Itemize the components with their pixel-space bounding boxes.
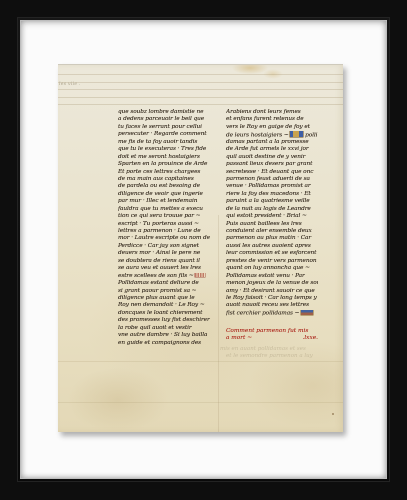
manuscript-text-line: conduient aler ensemble deux — [226, 228, 318, 235]
bleedthrough-text: mis en auant pollidamas et ses — [220, 346, 306, 352]
manuscript-text-line: venue · Pollidamas promist ar — [226, 183, 318, 190]
manuscript-text-line: de la nuit au logis de Leandre — [226, 206, 318, 213]
manuscript-text-line: secretesse · Et deuant que onc — [226, 169, 318, 176]
manuscript-text-line: a dedens parceuoir le beil que — [118, 116, 213, 123]
manuscript-text-line: diligence de veoir que ingerie — [118, 191, 213, 198]
manuscript-text-line: auoit nauoit receu ses lettres — [226, 302, 318, 309]
manuscript-text-line: riere la foy des macedons · Et — [226, 191, 318, 198]
manuscript-text-line: mor · Lautre escripte ou nom de — [118, 235, 213, 242]
chapter-rubric: Comment parmenon fut mis a mort ~ .lxxe. — [226, 328, 318, 343]
manuscript-text-line: menon joyeux de la venue de son — [226, 280, 318, 287]
manuscript-text-line: doncques le loant chierement — [118, 310, 213, 317]
manuscript-text-line: de ma main aus capitaines — [118, 176, 213, 183]
manuscript-text-line: estre scellees de son fils ~ — [118, 273, 213, 280]
manuscript-text-line: Roy nen demandoit · Le Roy ~ — [118, 302, 213, 309]
parchment-speck — [332, 413, 334, 415]
manuscript-text-line: paruint a la quatriesme veille — [226, 198, 318, 205]
manuscript-text-line: escript · Tu porteras aussi ~ — [118, 221, 213, 228]
ruling-line — [58, 89, 343, 90]
ruling-line — [58, 402, 343, 403]
manuscript-text-line: persecuter · Regarde comment — [118, 131, 213, 138]
manuscript-text-line: si grant paour promist sa ~ — [118, 288, 213, 295]
manuscript-text-line: diligence plus auant que le — [118, 295, 213, 302]
ruling-crease — [218, 215, 219, 432]
manuscript-text-line: le Roy faisoit · Car long temps y — [226, 295, 318, 302]
manuscript-text-line: tion ce qui sera trouue par ~ — [118, 213, 213, 220]
manuscript-text-line: Puis auant baillees les lres — [226, 221, 318, 228]
blue-red-line-filler-ornament — [301, 310, 313, 315]
manuscript-text-line: vers le Roy en gaige de foy et — [226, 124, 318, 131]
manuscript-text-line: doit et me seront hostaigiers — [118, 154, 213, 161]
manuscript-text-line: fauldra que tu mettes a execu — [118, 206, 213, 213]
manuscript-text-line: qui estoit president · Brial ~ — [226, 213, 318, 220]
framed-manuscript-photo: les viie . que soubz lombre damistie nea… — [0, 0, 407, 500]
bleedthrough-text: et le semondre parmenon a luy — [226, 353, 313, 359]
manuscript-text-line: que tu le executeras · Tres fide — [118, 146, 213, 153]
manuscript-text-line: la robe quil auoit et vestir — [118, 325, 213, 332]
manuscript-text-line: par mur · Illec et lendemain — [118, 198, 213, 205]
manuscript-text-line: que soubz lombre damistie ne — [118, 109, 213, 116]
manuscript-text-line: Et porte ces lettres chargees — [118, 169, 213, 176]
manuscript-text-line: de leurs hostaigiers ~ polli — [226, 131, 318, 138]
manuscript-text-line: de pardela ou est besoing de — [118, 183, 213, 190]
manuscript-text-line: en guide et compaignons des — [118, 340, 213, 347]
text-column-right: Arabiens dont leurs femeset enfans furen… — [226, 109, 318, 317]
manuscript-text-line: prestes de venir vers parmenon — [226, 258, 318, 265]
rubric-chapter-number: .lxxe. — [302, 335, 318, 343]
manuscript-text-line: passant lieux desers par grant — [226, 161, 318, 168]
manuscript-text-line: quil auoit destine de y venir — [226, 154, 318, 161]
manuscript-text-line: damas partant a la promesse — [226, 139, 318, 146]
rubric-line: a mort ~ .lxxe. — [226, 335, 318, 343]
manuscript-text-line: fist cerchier pollidamas ~ — [226, 310, 318, 317]
ruling-line — [58, 97, 343, 98]
manuscript-text-line: Arabiens dont leurs femes — [226, 109, 318, 116]
rubric-text: a mort ~ — [226, 335, 252, 343]
manuscript-text-line: et enfans furent retenus de — [226, 116, 318, 123]
manuscript-text-line: lettres a parmenon · Lune de — [118, 228, 213, 235]
ruling-line — [58, 74, 343, 75]
manuscript-text-line: Perdicce · Car jay son signet — [118, 243, 213, 250]
manuscript-text-line: aussi les autres auoient apres — [226, 243, 318, 250]
manuscript-text-line: vne autre dambre · Si luy bailla — [118, 332, 213, 339]
manuscript-text-line: quant on luy annoncha que ~ — [226, 265, 318, 272]
text-column-left: que soubz lombre damistie nea dedens par… — [118, 109, 213, 347]
manuscript-text-line: parmenon feust aduerti de sa — [226, 176, 318, 183]
manuscript-text-line: Pollidamas estant deliure de — [118, 280, 213, 287]
manuscript-text-line: me fis de ta foy auoir tandis — [118, 139, 213, 146]
manuscript-text-line: parmenon au plus matin · Car — [226, 235, 318, 242]
manuscript-text-line: des promesses luy fist deschirer — [118, 317, 213, 324]
red-line-filler-ornament — [195, 273, 205, 277]
manuscript-page: les viie . que soubz lombre damistie nea… — [58, 64, 343, 432]
manuscript-text-line: amy · Et desirant sauoir ce que — [226, 288, 318, 295]
ruling-line — [58, 104, 343, 105]
manuscript-text-line: se aura veu et ouuert les lres — [118, 265, 213, 272]
manuscript-text-line: leur commission et se esforcent — [226, 250, 318, 257]
manuscript-text-line: Pollidamas estoit venu · Par — [226, 273, 318, 280]
marginal-note: les viie . — [59, 82, 81, 87]
ruling-line — [58, 82, 343, 83]
manuscript-text-line: se doubtera de riens quant il — [118, 258, 213, 265]
manuscript-text-line: de Arde fut armels le xxvi jor — [226, 146, 318, 153]
ruling-line — [58, 361, 343, 362]
manuscript-text-line: tu faces le serrant pour cellui — [118, 124, 213, 131]
gold-blue-initial-ornament — [290, 131, 303, 137]
manuscript-text-line: Sparten en la prouince de Arde — [118, 161, 213, 168]
manuscript-text-line: deuers mor · Ainsi le pere ne — [118, 250, 213, 257]
